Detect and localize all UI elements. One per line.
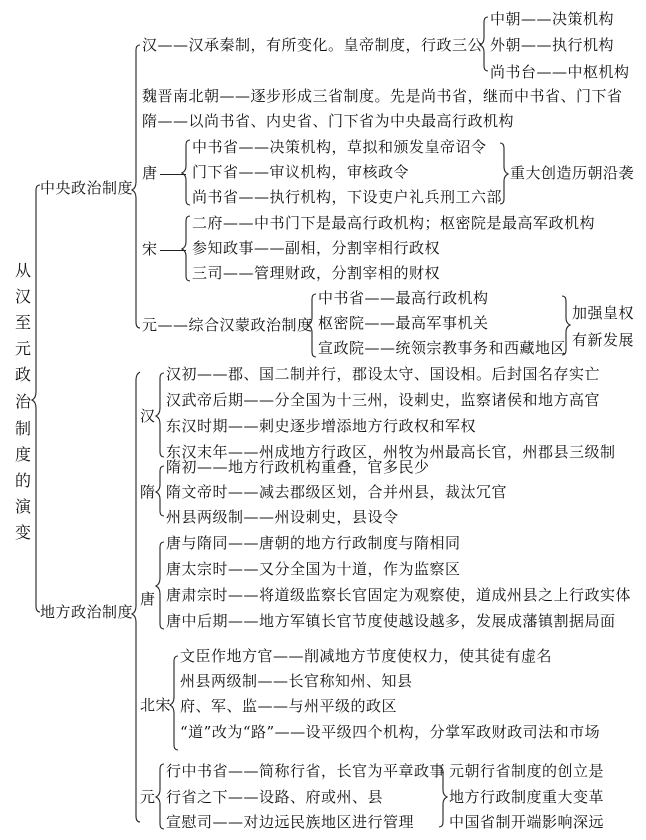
local-sui-label: 隋	[140, 483, 156, 501]
local-han-label: 汉	[140, 407, 156, 425]
central-yuan-item: 宣政院——统领宗教事务和西藏地区	[318, 339, 566, 357]
title-char: 度	[14, 446, 32, 464]
central-han-sub: 中朝——决策机构	[490, 10, 614, 28]
title-char: 汉	[14, 288, 32, 306]
local-yuan-item: 行省之下——设路、府或州、县	[166, 788, 383, 806]
central-yuan-label: 元——综合汉蒙政治制度	[142, 316, 313, 334]
local-sui-item: 隋文帝时——减去郡级区划，合并州县，裁汰冗官	[166, 483, 507, 501]
local-beisong-item: 文臣作地方官——削减地方节度使权力，使其徒有虚名	[180, 647, 552, 665]
central-tang-note: 重大创造历朝沿袭	[510, 164, 634, 182]
title-char: 元	[14, 340, 32, 358]
local-yuan-note: 元朝行省制度的创立是	[449, 762, 604, 780]
title-char: 治	[14, 393, 32, 411]
local-tang-item: 唐太宗时——又分全国为十道，作为监察区	[166, 560, 461, 578]
local-han-item: 东汉时期——刺史逐步增添地方行政权和军权	[166, 417, 476, 435]
central-han-sub: 尚书台——中枢机构	[490, 63, 630, 81]
local-beisong-label: 北宋	[140, 696, 171, 714]
title-char: 政	[14, 366, 32, 384]
central-weijin-text: 魏晋南北朝——逐步形成三省制度。先是尚书省，继而中书省、门下省	[142, 87, 623, 105]
local-tang-label: 唐	[140, 590, 156, 608]
central-tang-name: 唐	[142, 164, 158, 182]
central-han-sub: 外朝——执行机构	[490, 36, 614, 54]
central-yuan-note: 有新发展	[572, 331, 634, 349]
title-char: 至	[14, 314, 32, 332]
central-system-label: 中央政治制度	[40, 179, 133, 197]
central-sui-text: 隋——以尚书省、内史省、门下省为中央最高行政机构	[142, 112, 514, 130]
central-song-name: 宋	[142, 240, 158, 258]
central-song-label: 宋	[142, 240, 186, 258]
central-song-item: 三司——管理财政，分割宰相的财权	[192, 264, 440, 282]
title-char: 演	[14, 498, 32, 516]
central-yuan-note: 加强皇权	[572, 304, 634, 322]
central-yuan-item: 中书省——最高行政机构	[318, 289, 489, 307]
local-beisong-item: 府、军、监——与州平级的政区	[180, 697, 397, 715]
central-yuan-item: 枢密院——最高军事机关	[318, 314, 489, 332]
central-tang-item: 尚书省——执行机构，下设吏户礼兵刑工六部	[192, 188, 502, 206]
central-tang-item: 门下省——审议机构，审核政令	[192, 163, 409, 181]
local-system-label: 地方政治制度	[40, 603, 133, 621]
local-yuan-item: 行中书省——简称行省，长官为平章政事	[166, 762, 445, 780]
local-yuan-note: 地方行政制度重大变革	[449, 788, 604, 806]
local-tang-item: 唐与隋同——唐朝的地方行政制度与隋相同	[166, 534, 461, 552]
central-song-item: 参知政事——副相，分割宰相行政权	[192, 239, 440, 257]
title-char: 的	[14, 472, 32, 490]
local-yuan-item: 宣慰司——对边远民族地区进行管理	[166, 813, 414, 831]
local-tang-item: 唐中后期——地方军镇长官节度使越设越多，发展成藩镇割据局面	[166, 612, 616, 630]
local-yuan-note: 中国省制开端影响深远	[449, 813, 604, 831]
title-char: 制	[14, 420, 32, 438]
local-han-item: 汉武帝后期——分全国为十三州，设刺史，监察诸侯和地方高官	[166, 391, 600, 409]
local-sui-item: 隋初——地方行政机构重叠，官多民少	[166, 458, 430, 476]
local-sui-item: 州县两级制——州设刺史，县设令	[166, 508, 399, 526]
title-char: 从	[14, 262, 32, 280]
central-han-text: 汉——汉承秦制，有所变化。皇帝制度，行政三公	[142, 36, 483, 54]
central-tang-item: 中书省——决策机构，草拟和颁发皇帝诏令	[192, 138, 487, 156]
central-song-item: 二府——中书门下是最高行政机构；枢密院是最高军政机构	[192, 214, 595, 232]
local-han-item: 汉初——郡、国二制并行，郡设太守、国设相。后封国名存实亡	[166, 365, 600, 383]
local-beisong-item: 州县两级制——长官称知州、知县	[180, 672, 413, 690]
central-tang-label: 唐	[142, 164, 186, 182]
local-tang-item: 唐肃宗时——将道级监察长官固定为观察使，道成州县之上行政实体	[166, 586, 631, 604]
local-yuan-label: 元	[140, 788, 156, 806]
local-beisong-item: “道”改为“路”——设平级四个机构，分掌军政财政司法和市场	[180, 723, 600, 741]
title-char: 变	[14, 524, 32, 542]
